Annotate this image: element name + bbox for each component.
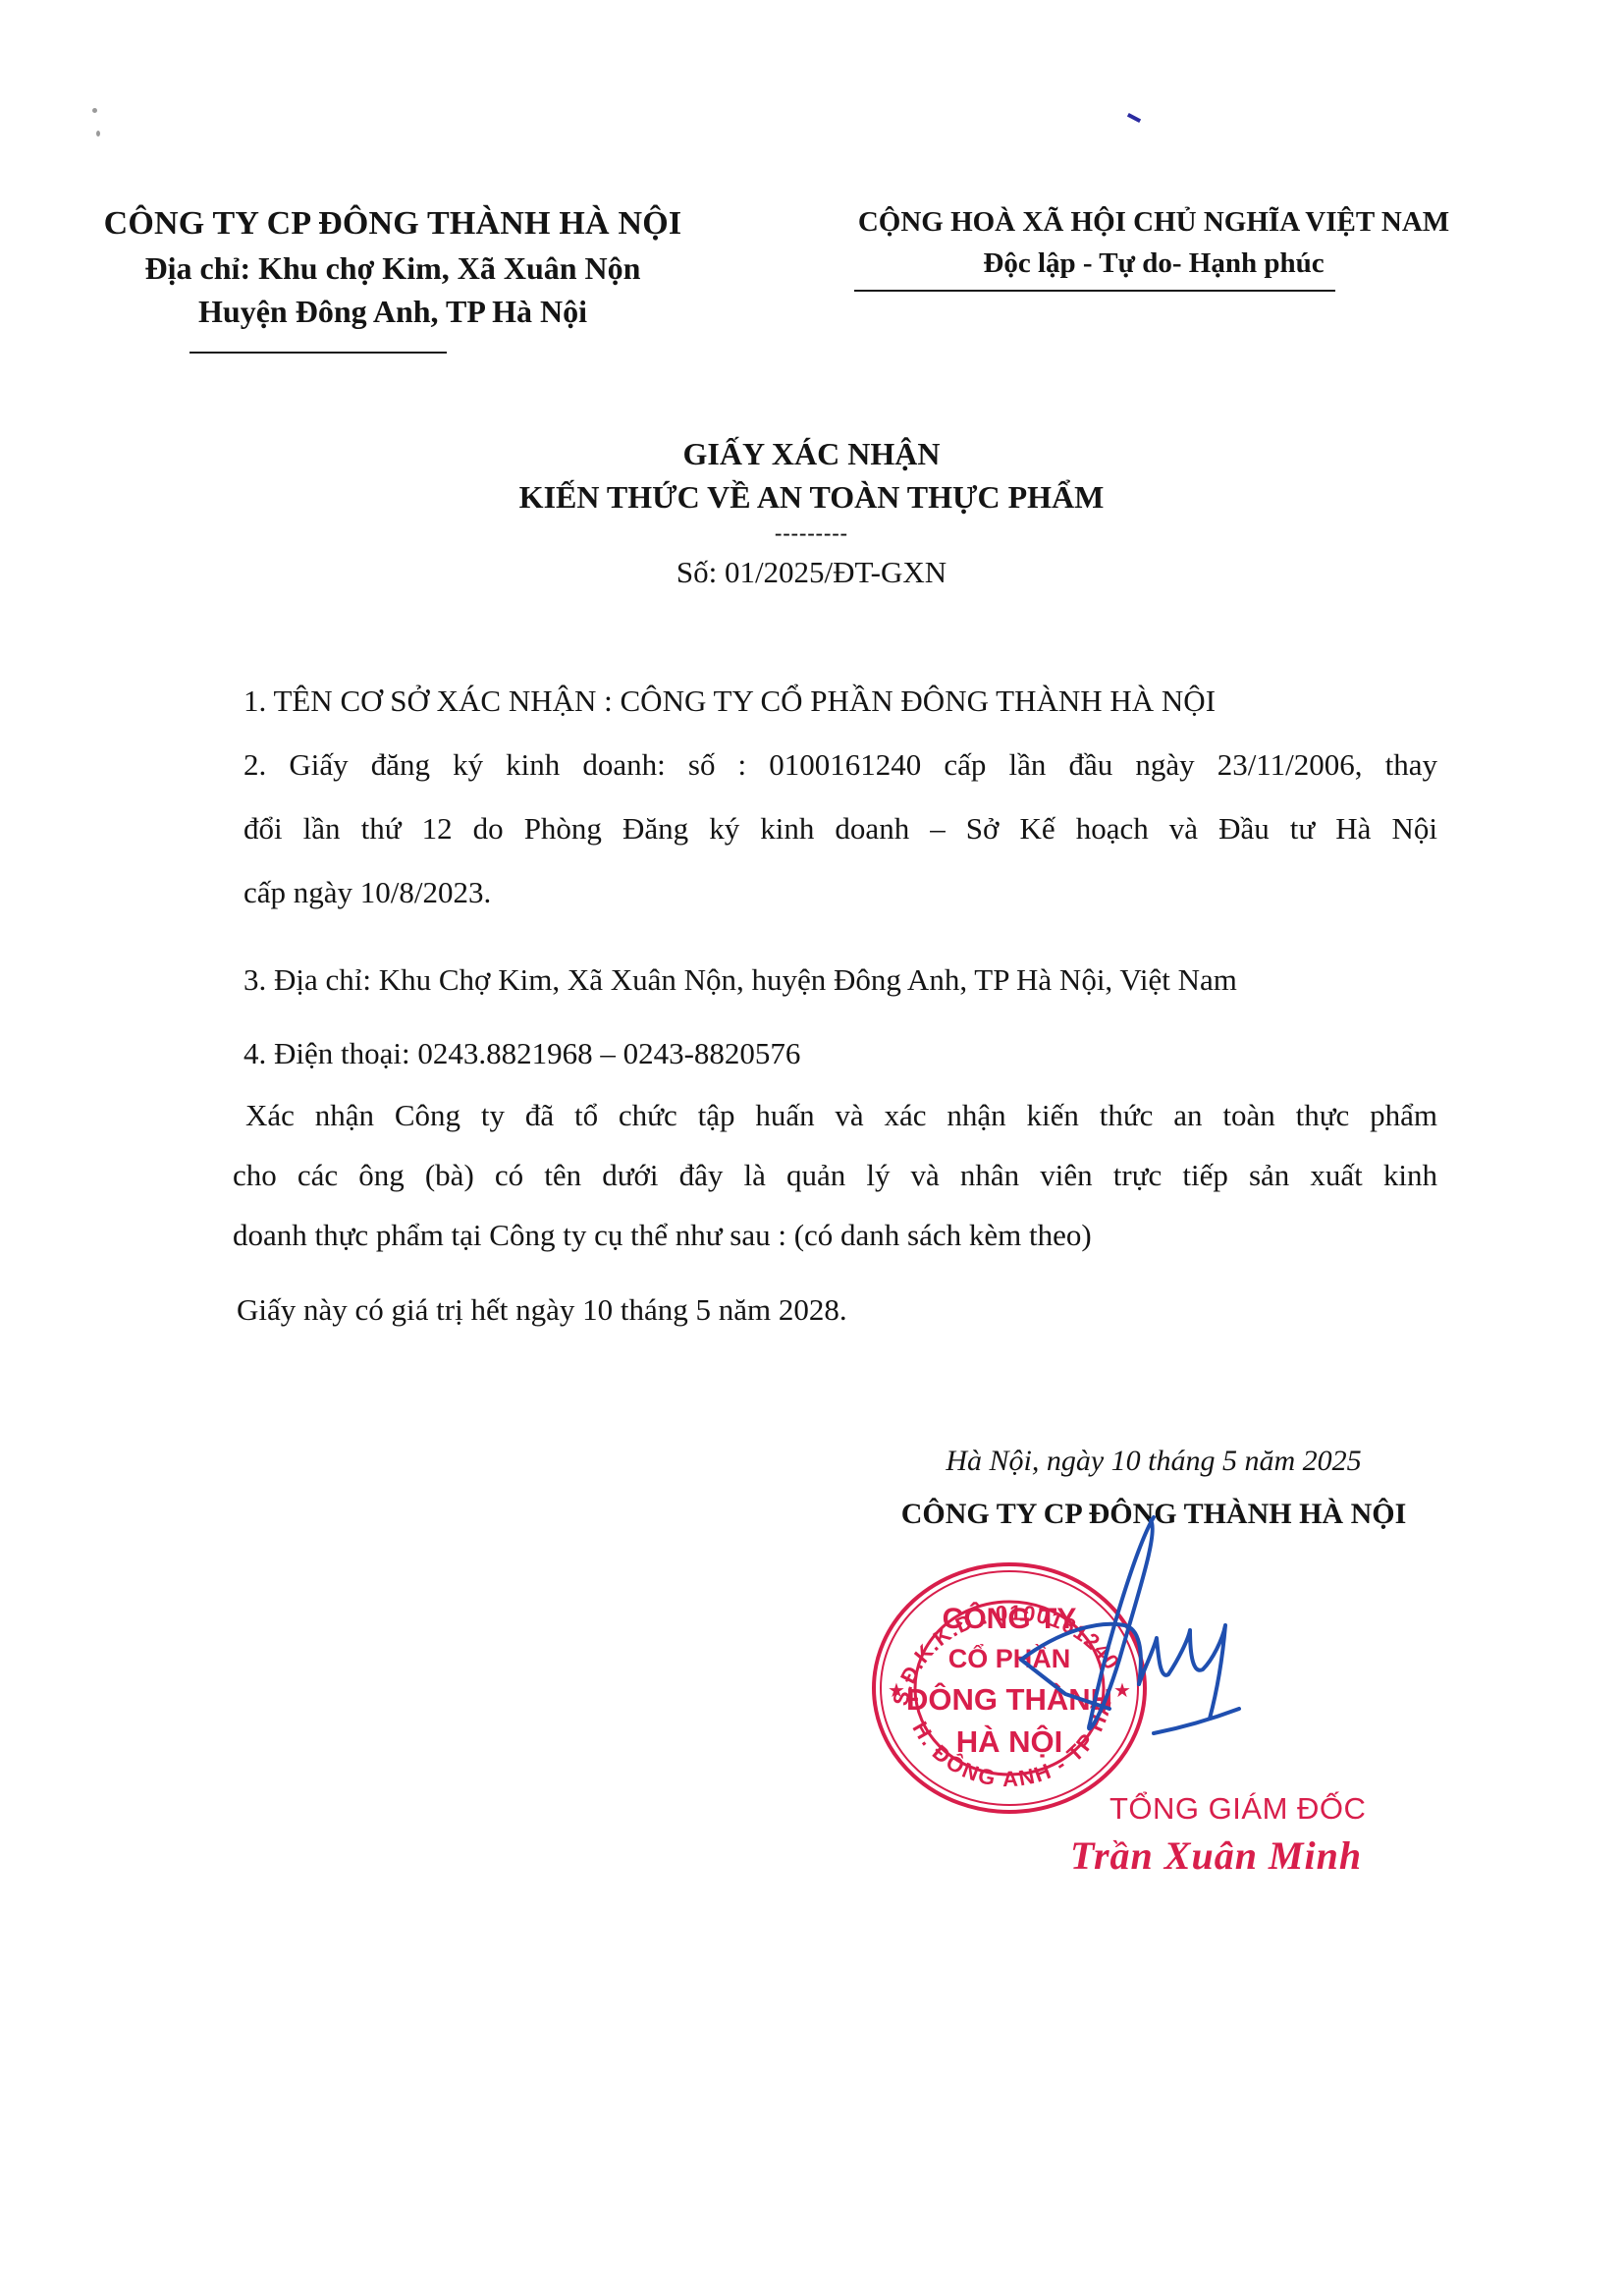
- issuer-address-line1: Địa chỉ: Khu chợ Kim, Xã Xuân Nộn: [39, 246, 746, 290]
- issuer-company-name: CÔNG TY CP ĐÔNG THÀNH HÀ NỘI: [39, 201, 746, 246]
- director-name: Trần Xuân Minh: [1070, 1832, 1362, 1880]
- item-phone: 4. Điện thoại: 0243.8821968 – 0243-88205…: [243, 1034, 800, 1073]
- national-header: CỘNG HOÀ XÃ HỘI CHỦ NGHĨA VIỆT NAM Độc l…: [785, 201, 1522, 284]
- item-facility-name: 1. TÊN CƠ SỞ XÁC NHẬN : CÔNG TY CỔ PHẦN …: [243, 682, 1216, 721]
- title-separator: ---------: [295, 519, 1328, 548]
- national-divider: [854, 290, 1335, 292]
- document-number: Số: 01/2025/ĐT-GXN: [295, 548, 1328, 597]
- document-subtitle: KIẾN THỨC VỀ AN TOÀN THỰC PHẨM: [295, 475, 1328, 519]
- scan-mark: [1127, 113, 1141, 123]
- scan-speck: [92, 108, 97, 113]
- item-business-registration-line1: 2. Giấy đăng ký kinh doanh: số : 0100161…: [243, 745, 1437, 785]
- issuer-header: CÔNG TY CP ĐÔNG THÀNH HÀ NỘI Địa chỉ: Kh…: [39, 201, 746, 333]
- confirmation-text-line3: doanh thực phẩm tại Công ty cụ thể như s…: [233, 1216, 1092, 1255]
- stamp-star-left-icon: ★: [888, 1680, 905, 1702]
- validity-statement: Giấy này có giá trị hết ngày 10 tháng 5 …: [237, 1290, 847, 1330]
- document-title-block: GIẤY XÁC NHẬN KIẾN THỨC VỀ AN TOÀN THỰC …: [295, 432, 1328, 597]
- scan-speck: [96, 131, 100, 137]
- document-title: GIẤY XÁC NHẬN: [295, 432, 1328, 475]
- handwritten-signature: [982, 1512, 1316, 1768]
- item-address: 3. Địa chỉ: Khu Chợ Kim, Xã Xuân Nộn, hu…: [243, 960, 1237, 1000]
- director-title: TỔNG GIÁM ĐỐC: [1109, 1789, 1366, 1829]
- item-business-registration-line2: đổi lần thứ 12 do Phòng Đăng ký kinh doa…: [243, 809, 1437, 848]
- issuer-address-line2: Huyện Đông Anh, TP Hà Nội: [39, 290, 746, 333]
- place-and-date: Hà Nội, ngày 10 tháng 5 năm 2025: [835, 1442, 1473, 1481]
- confirmation-text-line1: Xác nhận Công ty đã tổ chức tập huấn và …: [245, 1096, 1437, 1135]
- item-business-registration-line3: cấp ngày 10/8/2023.: [243, 873, 491, 912]
- issuer-divider: [189, 352, 447, 354]
- national-motto: Độc lập - Tự do- Hạnh phúc: [785, 243, 1522, 284]
- confirmation-text-line2: cho các ông (bà) có tên dưới đây là quản…: [233, 1156, 1437, 1195]
- national-title: CỘNG HOÀ XÃ HỘI CHỦ NGHĨA VIỆT NAM: [785, 201, 1522, 243]
